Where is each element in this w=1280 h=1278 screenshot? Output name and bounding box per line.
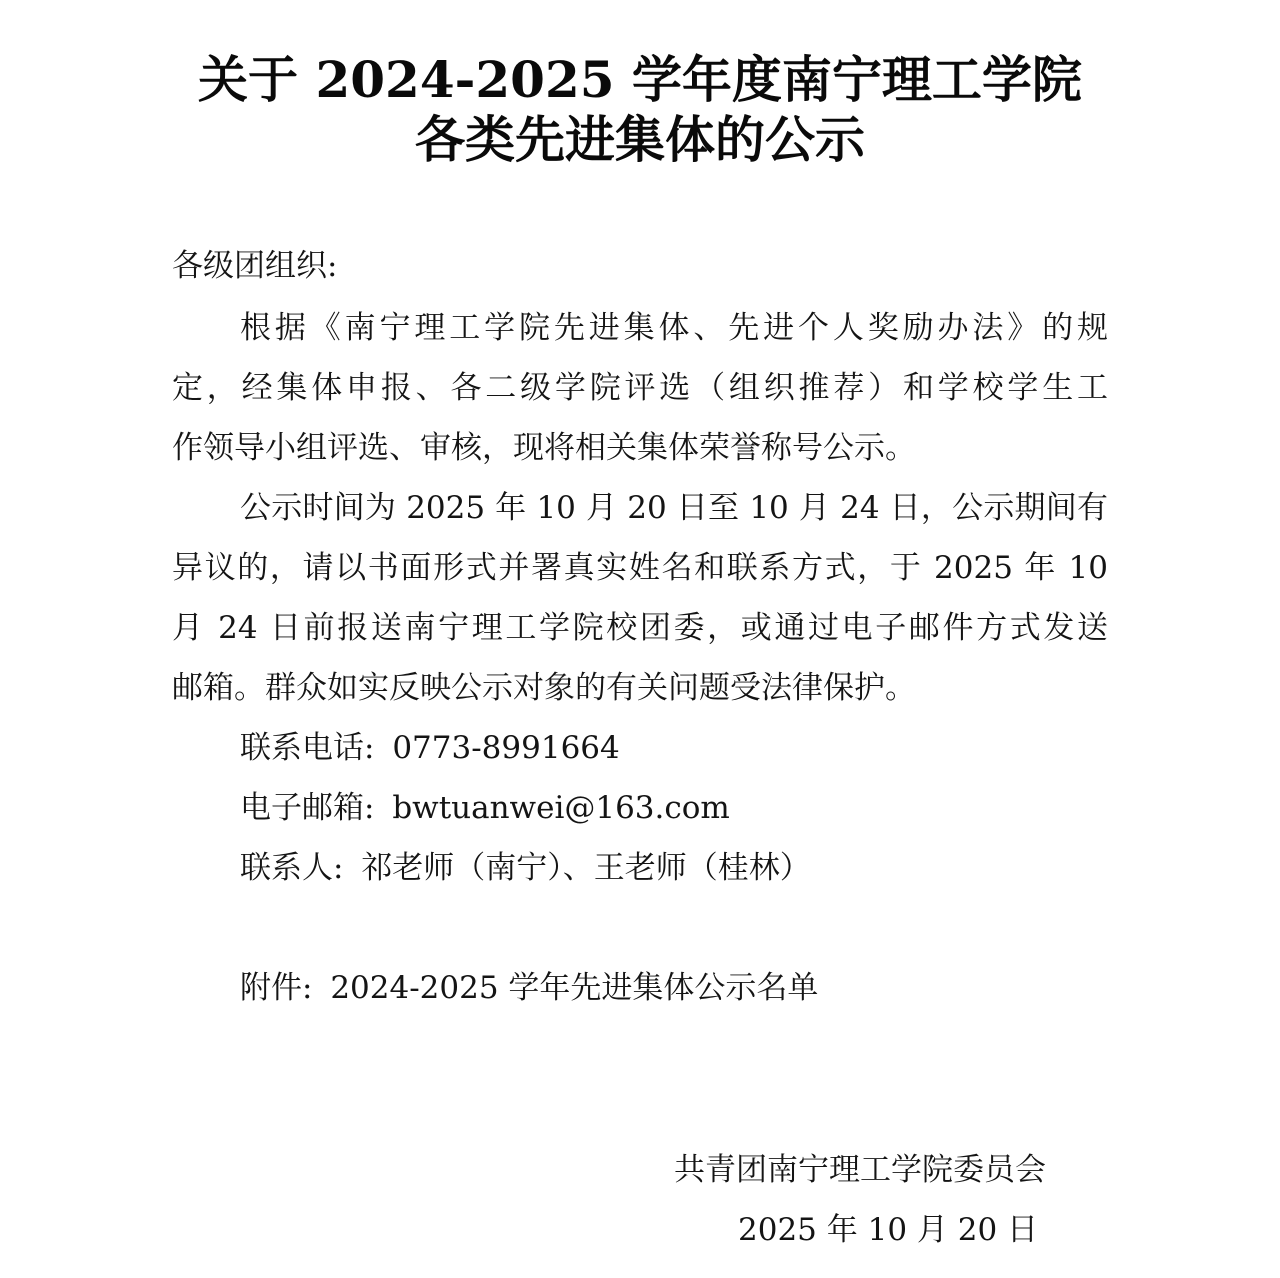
- contact-email: 电子邮箱: bwtuanwei@163.com: [240, 788, 730, 828]
- signature-date: 2025 年 10 月 20 日: [738, 1210, 1038, 1250]
- contact-person: 联系人: 祁老师（南宁）、王老师（桂林）: [240, 848, 811, 888]
- contact-person-value: 祁老师（南宁）、王老师（桂林）: [361, 850, 811, 886]
- paragraph-line: 月 24 日前报送南宁理工学院校团委，或通过电子邮件方式发送: [172, 608, 1108, 648]
- paragraph-line: 异议的，请以书面形式并署真实姓名和联系方式，于 2025 年 10: [172, 548, 1108, 588]
- document-title-line-1: 关于 2024-2025 学年度南宁理工学院: [0, 50, 1280, 110]
- salutation: 各级团组织:: [172, 246, 337, 286]
- paragraph-line: 公示时间为 2025 年 10 月 20 日至 10 月 24 日，公示期间有: [240, 488, 1108, 528]
- paragraph-line: 定，经集体申报、各二级学院评选（组织推荐）和学校学生工: [172, 368, 1108, 408]
- attachment-label: 附件:: [240, 970, 312, 1006]
- attachment: 附件: 2024-2025 学年先进集体公示名单: [240, 968, 818, 1008]
- contact-person-label: 联系人:: [240, 850, 343, 886]
- paragraph-line: 根据《南宁理工学院先进集体、先进个人奖励办法》的规: [240, 308, 1108, 348]
- contact-phone: 联系电话: 0773-8991664: [240, 728, 620, 768]
- contact-phone-label: 联系电话:: [240, 730, 374, 766]
- attachment-value: 2024-2025 学年先进集体公示名单: [330, 970, 818, 1006]
- paragraph-line: 作领导小组评选、审核，现将相关集体荣誉称号公示。: [172, 428, 916, 468]
- paragraph-line: 邮箱。群众如实反映公示对象的有关问题受法律保护。: [172, 668, 916, 708]
- document-title-line-2: 各类先进集体的公示: [0, 110, 1280, 170]
- contact-phone-value: 0773-8991664: [392, 730, 619, 766]
- contact-email-label: 电子邮箱:: [240, 790, 374, 826]
- signature-organization: 共青团南宁理工学院委员会: [674, 1150, 1046, 1190]
- contact-email-value: bwtuanwei@163.com: [392, 790, 730, 826]
